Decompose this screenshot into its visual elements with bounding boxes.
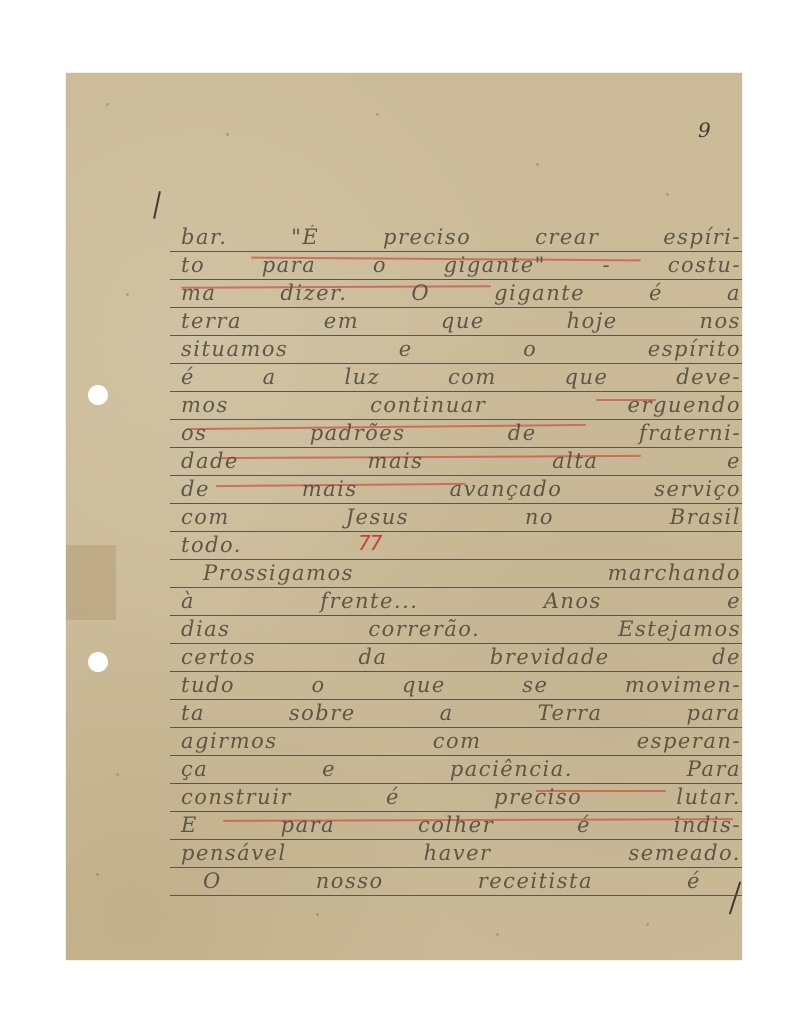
word: Jesus bbox=[346, 503, 409, 531]
manuscript-line: é a luz com que deve- bbox=[181, 363, 741, 391]
end-slash-mark bbox=[729, 882, 741, 915]
word: costu- bbox=[668, 251, 741, 279]
manuscript-line: de mais avançado serviço bbox=[181, 475, 741, 503]
manuscript-line: com Jesus no Brasil bbox=[181, 503, 741, 531]
word: e bbox=[727, 447, 741, 475]
word: nos bbox=[700, 307, 741, 335]
manuscript-line: construir é preciso lutar. bbox=[181, 783, 741, 811]
manuscript-line: pensável haver semeado. bbox=[181, 839, 741, 867]
word: gigante bbox=[494, 279, 585, 307]
manuscript-line: tudo o que se movimen- bbox=[181, 671, 741, 699]
word: tudo bbox=[181, 671, 235, 699]
word: que bbox=[441, 307, 485, 335]
word: movimen- bbox=[625, 671, 741, 699]
word: e bbox=[399, 335, 413, 363]
word: espírito bbox=[648, 335, 741, 363]
paper-speck bbox=[496, 933, 499, 936]
word: que bbox=[565, 363, 609, 391]
word: terra bbox=[181, 307, 242, 335]
word: luz bbox=[344, 363, 380, 391]
word: o bbox=[311, 671, 325, 699]
manuscript-line: terra em que hoje nos bbox=[181, 307, 741, 335]
word: indis- bbox=[674, 811, 741, 839]
word: espíri- bbox=[663, 223, 741, 251]
word: mais bbox=[368, 447, 424, 475]
word: mos bbox=[181, 391, 229, 419]
ruled-line bbox=[170, 895, 742, 896]
word: é bbox=[649, 279, 663, 307]
word: nosso bbox=[316, 867, 384, 895]
word: preciso bbox=[383, 223, 471, 251]
word: para bbox=[262, 251, 317, 279]
word: sobre bbox=[289, 699, 356, 727]
paper-speck bbox=[126, 293, 129, 296]
word: Terra bbox=[538, 699, 603, 727]
manuscript-line: à frente... Anos e bbox=[181, 587, 741, 615]
manuscript-line: situamos e o espírito bbox=[181, 335, 741, 363]
word: paciência. bbox=[450, 755, 573, 783]
paper-speck bbox=[666, 193, 669, 196]
word: ta bbox=[181, 699, 205, 727]
word: erguendo bbox=[628, 391, 741, 419]
word: de bbox=[508, 419, 537, 447]
word: é bbox=[687, 867, 701, 895]
word: gigante" bbox=[444, 251, 546, 279]
paper-speck bbox=[536, 163, 539, 166]
word: preciso bbox=[494, 783, 582, 811]
manuscript-line: dade mais alta e bbox=[181, 447, 741, 475]
word: é bbox=[577, 811, 591, 839]
word: mais bbox=[302, 475, 358, 503]
word: de bbox=[181, 475, 210, 503]
word: pensável bbox=[181, 839, 287, 867]
paper-speck bbox=[376, 113, 379, 116]
word: "É bbox=[291, 223, 319, 251]
word: esperan- bbox=[637, 727, 741, 755]
word: colher bbox=[418, 811, 494, 839]
word: com bbox=[181, 503, 230, 531]
manuscript-page: 9 77 bar. "É preciso crear espíri- to p bbox=[66, 73, 742, 960]
word: crear bbox=[535, 223, 599, 251]
word: à bbox=[181, 587, 195, 615]
word: Estejamos bbox=[618, 615, 741, 643]
tape-patch bbox=[66, 545, 116, 620]
word: receitista bbox=[478, 867, 593, 895]
word: haver bbox=[424, 839, 492, 867]
word: dias bbox=[181, 615, 230, 643]
word: semeado. bbox=[629, 839, 741, 867]
word: O bbox=[411, 279, 430, 307]
manuscript-line: Prossigamos marchando bbox=[181, 559, 741, 587]
manuscript-line: certos da brevidade de bbox=[181, 643, 741, 671]
word: a bbox=[263, 363, 277, 391]
word: que bbox=[402, 671, 446, 699]
word: brevidade bbox=[490, 643, 610, 671]
word: e bbox=[727, 587, 741, 615]
word: Brasil bbox=[670, 503, 741, 531]
word: o bbox=[373, 251, 387, 279]
paper-speck bbox=[106, 103, 109, 106]
manuscript-line: ta sobre a Terra para bbox=[181, 699, 741, 727]
word: em bbox=[324, 307, 359, 335]
word: é bbox=[181, 363, 195, 391]
manuscript-line: O nosso receitista é bbox=[181, 867, 701, 895]
manuscript-line: to para o gigante" - costu- bbox=[181, 251, 741, 279]
word: alta bbox=[552, 447, 598, 475]
manuscript-line: todo. bbox=[181, 531, 741, 559]
word: a bbox=[727, 279, 741, 307]
word: Prossigamos bbox=[203, 559, 354, 587]
manuscript-line: ma dizer. O gigante é a bbox=[181, 279, 741, 307]
word: continuar bbox=[370, 391, 486, 419]
word: O bbox=[203, 867, 222, 895]
word: ma bbox=[181, 279, 216, 307]
manuscript-line: dias correrão. Estejamos bbox=[181, 615, 741, 643]
word: com bbox=[433, 727, 482, 755]
manuscript-line: os padrões de fraterni- bbox=[181, 419, 741, 447]
word: no bbox=[525, 503, 554, 531]
word: construir bbox=[181, 783, 292, 811]
manuscript-line: ça e paciência. Para bbox=[181, 755, 741, 783]
manuscript-line: bar. "É preciso crear espíri- bbox=[181, 223, 741, 251]
word: certos bbox=[181, 643, 256, 671]
word: dade bbox=[181, 447, 239, 475]
word: agirmos bbox=[181, 727, 278, 755]
paper-speck bbox=[316, 913, 319, 916]
word: da bbox=[359, 643, 388, 671]
word: - bbox=[602, 251, 611, 279]
word: situamos bbox=[181, 335, 288, 363]
word: marchando bbox=[608, 559, 741, 587]
word: to bbox=[181, 251, 205, 279]
margin-slash-mark bbox=[153, 191, 161, 219]
word: lutar. bbox=[676, 783, 741, 811]
word: fraterni- bbox=[639, 419, 741, 447]
word: Anos bbox=[544, 587, 602, 615]
word: E bbox=[181, 811, 198, 839]
word: avançado bbox=[450, 475, 563, 503]
binder-hole-bottom bbox=[88, 652, 108, 672]
word: todo. bbox=[181, 531, 242, 559]
word: é bbox=[386, 783, 400, 811]
word: correrão. bbox=[368, 615, 480, 643]
word: serviço bbox=[654, 475, 741, 503]
manuscript-line: mos continuar erguendo bbox=[181, 391, 741, 419]
paper-speck bbox=[116, 773, 119, 776]
word: frente... bbox=[320, 587, 418, 615]
word: e bbox=[322, 755, 336, 783]
word: de bbox=[712, 643, 741, 671]
paper-speck bbox=[226, 133, 229, 136]
word: para bbox=[281, 811, 336, 839]
paper-speck bbox=[96, 873, 99, 876]
word: bar. bbox=[181, 223, 227, 251]
word: deve- bbox=[676, 363, 741, 391]
word: padrões bbox=[310, 419, 406, 447]
word: dizer. bbox=[280, 279, 347, 307]
manuscript-line: E para colher é indis- bbox=[181, 811, 741, 839]
word: com bbox=[448, 363, 497, 391]
word: ça bbox=[181, 755, 208, 783]
word: Para bbox=[687, 755, 741, 783]
page-number: 9 bbox=[698, 118, 711, 142]
word: hoje bbox=[567, 307, 618, 335]
binder-hole-top bbox=[88, 385, 108, 405]
word: para bbox=[686, 699, 741, 727]
word: os bbox=[181, 419, 207, 447]
word: a bbox=[440, 699, 454, 727]
manuscript-line: agirmos com esperan- bbox=[181, 727, 741, 755]
word: se bbox=[522, 671, 548, 699]
paper-speck bbox=[646, 923, 649, 926]
word: o bbox=[523, 335, 537, 363]
